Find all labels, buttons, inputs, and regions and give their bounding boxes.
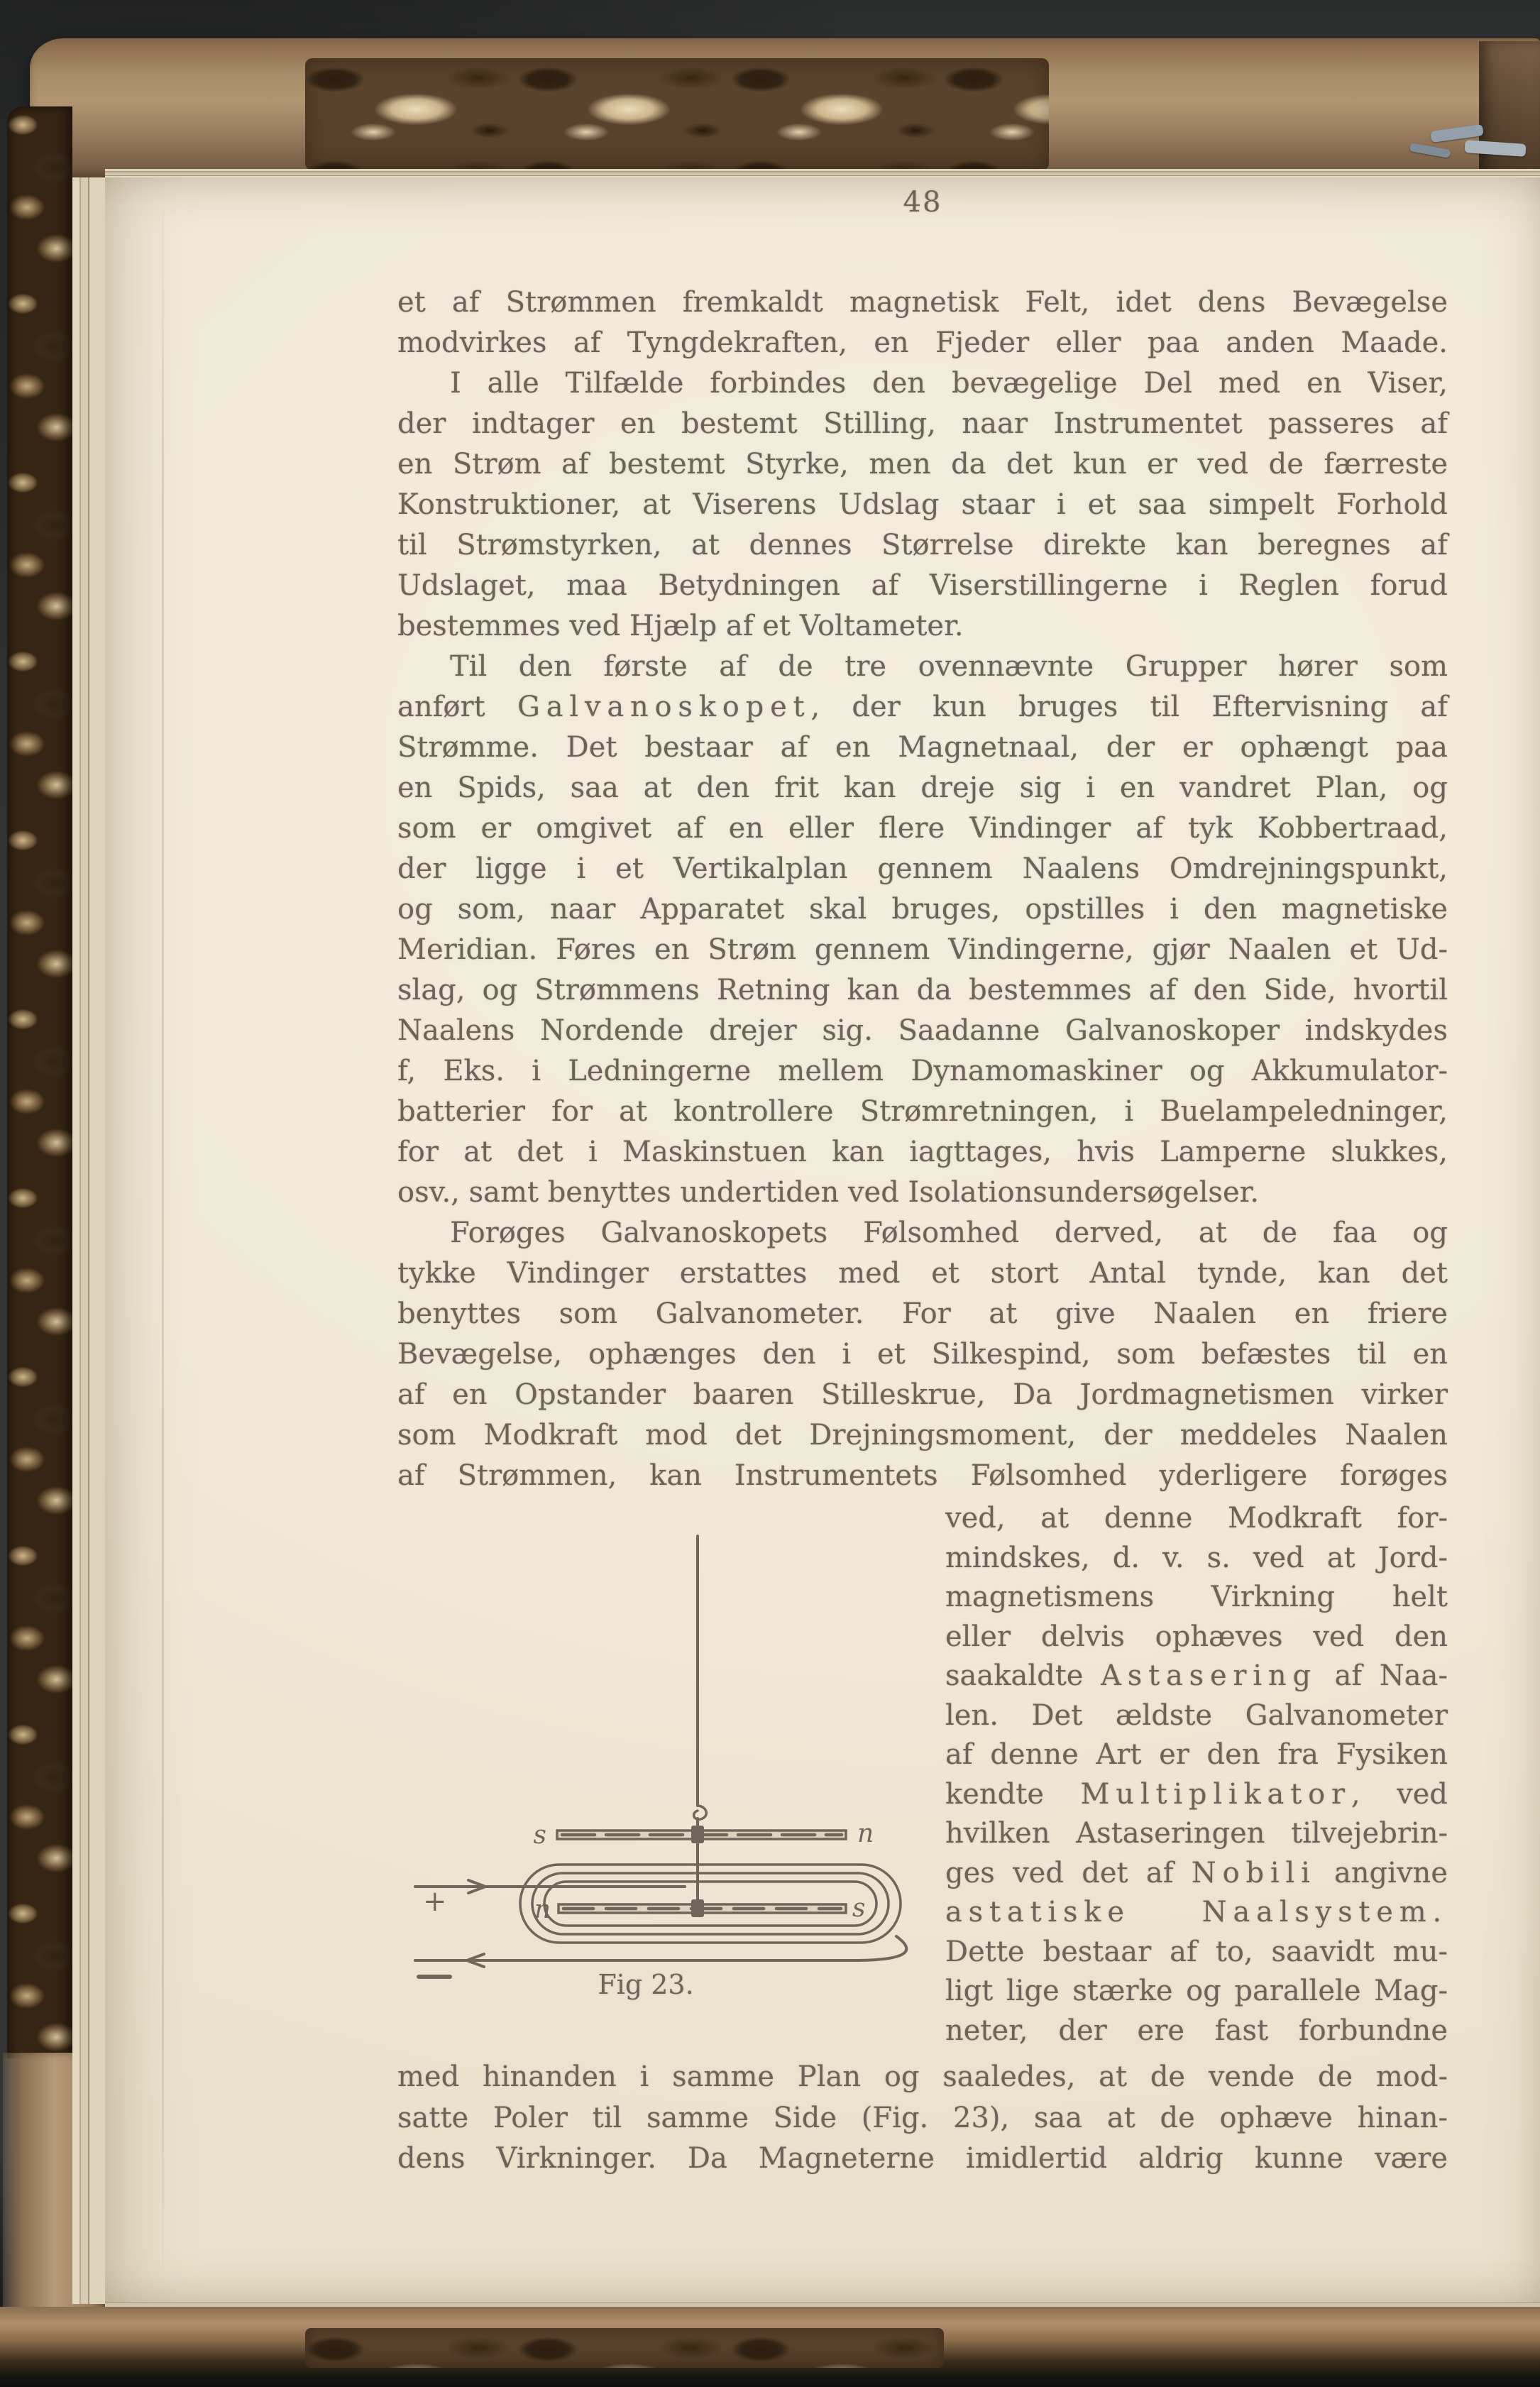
text-line: Meridian. Føres en Strøm gennem Vindinge… <box>397 930 1448 970</box>
gutter-shadow <box>162 177 164 2303</box>
upper-junction-knot <box>691 1826 704 1843</box>
screenshot-root: { "page": { "number": "48", "lines_top":… <box>0 0 1540 2387</box>
wrapped-text-column: ved, at denne Modkraft for-mindskes, d. … <box>945 1499 1448 2051</box>
text-line: af Strømmen, kan Instrumentets Følsomhed… <box>397 1456 1448 1496</box>
text-line: Forøges Galvanoskopets Følsomhed derved,… <box>397 1213 1448 1253</box>
pole-label-lower-n: n <box>534 1895 551 1924</box>
text-line: hvilken Astaseringen tilvejebrin- <box>945 1814 1448 1854</box>
text-line: len. Det ældste Galvanometer <box>945 1696 1448 1736</box>
text-line: for at det i Maskinstuen kan iagttages, … <box>397 1132 1448 1173</box>
text-line: I alle Tilfælde forbindes den bevægelige… <box>397 363 1448 404</box>
figure-caption: Fig 23. <box>532 1969 759 2000</box>
text-line: af denne Art er den fra Fysiken <box>945 1735 1448 1775</box>
text-line: Strømme. Det bestaar af en Magnetnaal, d… <box>397 728 1448 768</box>
text-line: ved, at denne Modkraft for- <box>945 1499 1448 1539</box>
book-cover-left-edge <box>7 106 72 2058</box>
text-line: saakaldte Astasering af Naa- <box>945 1657 1448 1696</box>
letterspaced-word: Astasering <box>1101 1659 1317 1692</box>
text-line: modvirkes af Tyngdekraften, en Fjeder el… <box>397 323 1448 363</box>
text-line: en Spids, saa at den frit kan dreje sig … <box>397 768 1448 808</box>
book-cover-top-edge <box>30 38 1540 179</box>
text-line: Dette bestaar af to, saavidt mu- <box>945 1933 1448 1972</box>
text-line: neter, der ere fast forbundne <box>945 2012 1448 2051</box>
suspension-hook-icon <box>694 1806 707 1819</box>
text-line: af en Opstander baaren Stilleskrue, Da J… <box>397 1375 1448 1415</box>
text-line: der ligge i et Vertikalplan gennem Naale… <box>397 849 1448 889</box>
text-line: bestemmes ved Hjælp af et Voltameter. <box>397 606 1448 647</box>
plus-terminal-label: + <box>423 1885 447 1918</box>
letterspaced-word: Multiplikator <box>1081 1778 1351 1811</box>
text-line: f, Eks. i Ledningerne mellem Dynamomaski… <box>397 1051 1448 1092</box>
text-line: eller delvis ophæves ved den <box>945 1618 1448 1657</box>
text-line: slag, og Strømmens Retning kan da bestem… <box>397 970 1448 1011</box>
text-line: som er omgivet af en eller flere Vinding… <box>397 808 1448 849</box>
lower-junction-knot <box>691 1899 704 1917</box>
text-line: kendte Multiplikator, ved <box>945 1775 1448 1815</box>
text-line: Udslaget, maa Betydningen af Viserstilli… <box>397 566 1448 606</box>
text-line: dens Virkninger. Da Magneterne imidlerti… <box>397 2139 1448 2180</box>
text-line: Naalens Nordende drejer sig. Saadanne Ga… <box>397 1011 1448 1051</box>
page-number: 48 <box>397 186 1448 219</box>
book-page: 48 et af Strømmen fremkaldt magnetisk Fe… <box>105 177 1540 2303</box>
text-line: osv., samt benyttes undertiden ved Isola… <box>397 1173 1448 1213</box>
text-line: Konstruktioner, at Viserens Udslag staar… <box>397 485 1448 525</box>
text-line: mindskes, d. v. s. ved at Jord- <box>945 1539 1448 1579</box>
text-line: magnetismens Virkning helt <box>945 1578 1448 1618</box>
text-line: batterier for at kontrollere Strømretnin… <box>397 1092 1448 1132</box>
letterspaced-word: Nobili <box>1192 1857 1316 1889</box>
text-line: ges ved det af Nobili angivne <box>945 1854 1448 1894</box>
text-line: astatiske Naalsystem. <box>945 1893 1448 1933</box>
pole-label-upper-n: n <box>857 1819 874 1848</box>
text-line: anført Galvanoskopet, der kun bruges til… <box>397 687 1448 728</box>
page-stack-edges-left <box>72 177 105 2304</box>
text-line: benyttes som Galvanometer. For at give N… <box>397 1294 1448 1334</box>
text-line: en Strøm af bestemt Styrke, men da det k… <box>397 444 1448 485</box>
pole-label-upper-s: s <box>534 1821 546 1850</box>
text-line: tykke Vindinger erstattes med et stort A… <box>397 1253 1448 1294</box>
pole-label-lower-s: s <box>852 1894 865 1923</box>
body-text-block-bottom: med hinanden i samme Plan og saaledes, a… <box>397 2057 1448 2180</box>
letterspaced-word: astatiske <box>945 1896 1131 1928</box>
figure-23: s n n s + Fig 23. <box>397 1520 923 2046</box>
wire-current-out <box>415 1936 906 1960</box>
letterspaced-word: Galvanoskopet <box>517 691 810 723</box>
text-line: der indtager en bestemt Stilling, naar I… <box>397 404 1448 444</box>
text-line: ligt lige stærke og parallele Mag- <box>945 1972 1448 2012</box>
marbled-paper-top <box>305 58 1049 170</box>
letterspaced-word: Naalsystem. <box>1202 1896 1448 1928</box>
book-cover-bottom-edge <box>0 2307 1540 2387</box>
text-line: som Modkraft mod det Drejningsmoment, de… <box>397 1415 1448 1456</box>
marbled-paper-bottom <box>305 2328 944 2368</box>
text-line: med hinanden i samme Plan og saaledes, a… <box>397 2057 1448 2098</box>
text-line: til Strømstyrken, at dennes Størrelse di… <box>397 525 1448 566</box>
text-line: Til den første af de tre ovennævnte Grup… <box>397 647 1448 687</box>
figure-23-drawing: s n n s + <box>397 1520 923 2046</box>
text-line: og som, naar Apparatet skal bruges, opst… <box>397 889 1448 930</box>
text-line: Bevægelse, ophænges den i et Silkespind,… <box>397 1334 1448 1375</box>
body-text-block: et af Strømmen fremkaldt magnetisk Felt,… <box>397 282 1448 1496</box>
text-line: satte Poler til samme Side (Fig. 23), sa… <box>397 2098 1448 2139</box>
text-line: et af Strømmen fremkaldt magnetisk Felt,… <box>397 282 1448 323</box>
